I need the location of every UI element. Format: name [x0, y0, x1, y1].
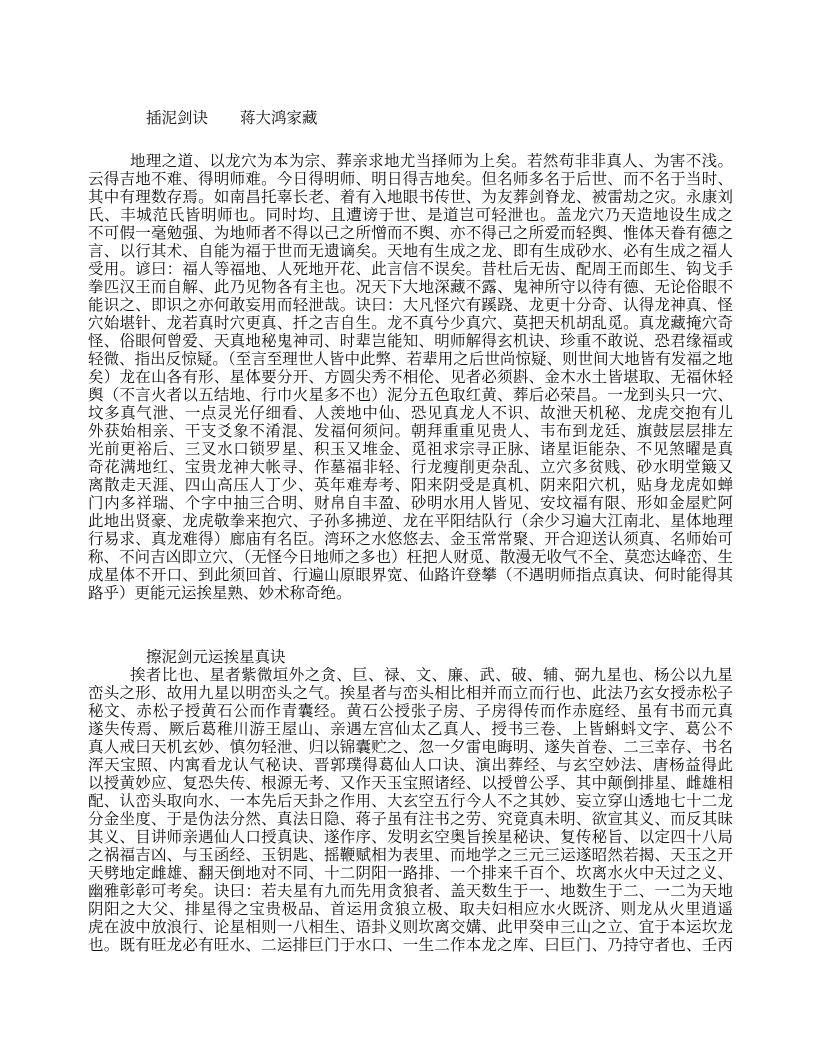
- text-line: 外获始相亲、干支爻象不淆混、发福何须问。朝拜重重见贵人、韦布到龙廷、旗鼓层层排左…: [88, 423, 733, 441]
- document-title-line: 插泥剑诀蒋大鸿家藏: [88, 110, 733, 128]
- text-line: 此地出贤豪、龙虎敬拳来抱穴、子孙多拂逆、龙在平阳结队行（余少习遍大江南北、星体地…: [88, 513, 733, 531]
- text-line: 浑天宝照、内寓看龙认气秘诀、晋郭璞得葛仙人口诀、演出葬经、与玄空妙法、唐杨益得此…: [88, 757, 733, 775]
- text-line: 虎在波中放浪行、论星相则一八相生、语卦义则坎离交媾、此甲癸申三山之立、宜于本运坎…: [88, 919, 733, 937]
- text-line: 配、认峦头取向水、一本先后天卦之作用、大玄空五行今人不之其妙、妄立穿山透地七十二…: [88, 793, 733, 811]
- text-line: 阴阳之大父、排星得之宝贵极品、首运用贪狼立极、取夫妇相应水火既济、则龙从火里逍遥…: [88, 901, 733, 919]
- text-line: 氏、丰城范氏皆明师也。同时均、且遭谤于世、是道岂可轻泄也。盖龙穴乃天造地设生成之…: [88, 207, 733, 225]
- section-2-heading: 擦泥剑元运挨星真诀: [88, 649, 733, 667]
- text-line: 怪、俗眼何曾爱、天真地秘鬼神司、时辈岂能知、明师解得玄机诀、珍重不敢说、恐君缘福…: [88, 333, 733, 351]
- text-line: 秘文、赤松子授黄石公而作青囊经。黄石公授张子房、子房得传而作赤庭经、虽有书而元真…: [88, 703, 733, 721]
- text-line: 以授黄妙应、复恐失传、根源无考、又作天玉宝照诸经、以授曾公孚、其中颠倒排星、雌雄…: [88, 775, 733, 793]
- text-line: 矣）龙在山各有形、星体要分开、方圆尖秀不相伦、见者必须斟、金木水土皆堪取、无福休…: [88, 369, 733, 387]
- text-line: 成星体不开口、到此须回首、行遍山原眼界宽、仙路许登攀（不遇明师指点真诀、何时能得…: [88, 567, 733, 585]
- text-line: 穴始堪针、龙若真时穴更真、扦之吉自生。龙不真兮少真穴、莫把天机胡乱觅。真龙藏掩穴…: [88, 315, 733, 333]
- text-line: 坟多真气泄、一点灵光仔细看、人羡地中仙、恐见真龙人不识、故泄天机秘、龙虎交抱有儿…: [88, 405, 733, 423]
- text-line: 光前更裕后、三叉水口锁罗星、积玉又堆金、觅祖求宗寻正脉、诸星讵能杂、不见煞曜是真…: [88, 441, 733, 459]
- text-line: 其义、目讲师亲遇仙人口授真诀、遂作序、发明玄空奥旨挨星秘诀、复传秘旨、以定四十八…: [88, 829, 733, 847]
- text-line: 挨者比也、星者紫微垣外之贪、巨、禄、文、廉、武、破、辅、弼九星也、杨公以九星配: [88, 667, 733, 685]
- text-line: 真人戒曰天机玄妙、慎勿轻泄、归以锦囊贮之、忽一夕雷电晦明、遂失首卷、二三幸存、书…: [88, 739, 733, 757]
- text-line: 天劈地定雌雄、翻天倒地对不同、十二阴阳一路排、一个排来千百个、坎离水火中天过之义…: [88, 865, 733, 883]
- text-line: 不可假一毫勉强、为地师者不得以己之所憎而不舆、亦不得己之所爱而轻舆、惟体天眷有德…: [88, 225, 733, 243]
- text-line: 云得吉地不难、得明师难。今日得明师、明日得吉地矣。但名师多名于后世、而不名于当时…: [88, 171, 733, 189]
- paragraph-section-1: 地理之道、以龙穴为本为宗、葬亲求地尤当择师为上矣。若然苟非非真人、为害不浅。古云…: [88, 153, 733, 603]
- text-line: 门内多祥瑞、个字中抽三合明、财帛自丰盈、砂明水用人皆见、安坟福有限、形如金屋贮阿…: [88, 495, 733, 513]
- text-line: 能识之、即识之亦何敢妄用而轻泄哉。诀曰：大凡怪穴有蹊跷、龙更十分奇、认得龙神真、…: [88, 297, 733, 315]
- title-attribution: 蒋大鸿家藏: [240, 110, 318, 127]
- text-line: 称、不问吉凶即立穴、（无怪今日地师之多也）枉把人财觅、散漫无收气不全、莫恋达峰峦…: [88, 549, 733, 567]
- text-line: 也。既有旺龙必有旺水、二运排巨门于水口、一生二作本龙之库、曰巨门、乃持守者也、壬…: [88, 937, 733, 955]
- text-line: 舆（不言火者以五结地、行巾火星多不也）泥分五色取红黄、葬后必荣昌。一龙到头只一穴…: [88, 387, 733, 405]
- text-line: 地理之道、以龙穴为本为宗、葬亲求地尤当择师为上矣。若然苟非非真人、为害不浅。古: [88, 153, 733, 171]
- text-line: 受用。谚曰：福人等福地、人死地开花、此言信不误矣。昔杜后无齿、配周王而郎生、钩戈…: [88, 261, 733, 279]
- text-line: 言、以行其术、自能为福于世而无遗谪矣。天地有生成之龙、即有生成砂水、必有生成之福…: [88, 243, 733, 261]
- document-title: 插泥剑诀: [146, 110, 208, 127]
- document-page: 插泥剑诀蒋大鸿家藏 地理之道、以龙穴为本为宗、葬亲求地尤当择师为上矣。若然苟非非…: [0, 0, 816, 1056]
- text-line: 路乎）更能元运挨星熟、妙术称奇绝。: [88, 585, 733, 603]
- text-line: 之祸福吉凶、与玉函经、玉钥匙、摇鞭赋相为表里、而地学之三元三运遂昭然若揭、天玉之…: [88, 847, 733, 865]
- text-line: 行易求、真龙难得）廊庙有名臣。湾环之水悠悠去、金玉常常聚、开合迎送认须真、名师始…: [88, 531, 733, 549]
- text-line: 其中有理数存焉。如南昌托辜长老、着有入地眼书传世、为友葬剑脊龙、被雷劫之灾。永康…: [88, 189, 733, 207]
- text-line: 离散走天涯、四山高压人丁少、英年难寿考、阳来阴受是真机、阴来阳穴机，贴身龙虎如蝉…: [88, 477, 733, 495]
- text-line: 轻微、指出反惊疑。（至言至理世人皆中此弊、若辈用之后世尚惊疑、则世间大地皆有发福…: [88, 351, 733, 369]
- text-line: 分金坐度、于是伪法分然、真法日隐、蒋子虽有注书之劳、究竟真未明、欲宣其义、而反其…: [88, 811, 733, 829]
- text-line: 幽雅彰彰可考矣。诀曰：若夫星有九而先用贪狼者、盖天数生于一、地数生于二、一二为天…: [88, 883, 733, 901]
- text-line: 遂失传焉、厥后葛稚川游王屋山、亲遇左宫仙太乙真人、授书三卷、上皆蝌蚪文字、葛公不…: [88, 721, 733, 739]
- text-line: 奇花满地红、宝贵龙神大帐寻、作墓福非轻、行龙瘦削更杂乱、立穴多贫贱、砂水明堂簸又…: [88, 459, 733, 477]
- text-line: 拳匹汉王而自解、此乃见物各有主也。况天下大地深藏不露、鬼神所守以待有德、无论俗眼…: [88, 279, 733, 297]
- text-line: 峦头之形、故用九星以明峦头之气。挨星者与峦头相比相并而立而行也、此法乃玄女授赤松…: [88, 685, 733, 703]
- paragraph-section-2: 挨者比也、星者紫微垣外之贪、巨、禄、文、廉、武、破、辅、弼九星也、杨公以九星配峦…: [88, 667, 733, 955]
